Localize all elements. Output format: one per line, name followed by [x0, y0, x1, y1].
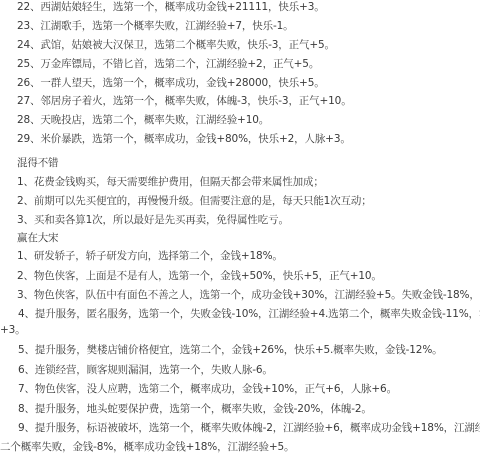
- list-item: 6、连锁经营，顾客规则漏洞，选第一个，失败人脉-6。: [18, 363, 273, 377]
- list-item: 2、前期可以先买便宜的，再慢慢升级。但需要注意的是，每天只能1次互动；: [17, 194, 372, 208]
- list-item: 8、提升服务，地头蛇要保护费，选第一个，概率失败，金钱-20%，体魄-2。: [18, 402, 372, 416]
- list-item-continuation: +3。: [0, 323, 26, 337]
- list-item: 26、一群人望天，选第一个，概率成功，金钱+28000，快乐+5。: [17, 76, 325, 90]
- section-heading: 赢在大宋: [17, 231, 58, 245]
- list-item: 27、邻居房子着火，选第一个，概率失败，体魄-3，快乐-3，正气+10。: [17, 94, 352, 108]
- list-item: 3、买和卖各算1次，所以最好是先买再卖，免得属性吃亏。: [17, 213, 289, 227]
- list-item: 25、万金库镖局，不错匕首，选第二个，江湖经验+2，正气+5。: [17, 57, 319, 71]
- list-item: 23、江湖歌手，选第一个概率失败，江湖经验+7，快乐-1。: [17, 19, 293, 33]
- list-item: 22、西湖姑娘轻生，选第一个，概率成功金钱+21111，快乐+3。: [17, 0, 325, 14]
- list-item: 24、武馆，姑娘被大汉保卫，选第二个概率失败，快乐-3，正气+5。: [17, 38, 335, 52]
- list-item: 29、米价暴跌，选第一个，概率成功，金钱+80%，快乐+2，人脉+3。: [17, 132, 351, 146]
- list-item: 5、提升服务，樊楼店铺价格便宜，选第二个，金钱+26%，快乐+5.概率失败，金钱…: [18, 343, 443, 357]
- list-item: 1、研发轿子，轿子研发方向，选择第二个，金钱+18%。: [17, 249, 283, 263]
- list-item-continuation: 二个概率失败，金钱-8%，概率成功金钱+18%，江湖经验+5。: [0, 440, 294, 454]
- section-heading: 混得不错: [17, 156, 58, 170]
- list-item: 7、物色侠客，没人应聘，选第二个，概率成功，金钱+10%，正气+6，人脉+6。: [18, 382, 397, 396]
- list-item: 28、天晚投店，选第二个，概率失败，江湖经验+10。: [17, 113, 269, 127]
- list-item: 1、花费金钱购买，每天需要维护费用，但隔天都会带来属性加成；: [17, 175, 324, 189]
- list-item: 3、物色侠客，队伍中有面色不善之人，选第一个，成功金钱+30%，江湖经验+5。失…: [17, 288, 480, 302]
- list-item: 2、物色侠客，上面是不是有人，选第一个，金钱+50%，快乐+5，正气+10。: [17, 269, 382, 283]
- list-item: 4、提升服务，匿名服务，选第一个，失败金钱-10%，江湖经验+4.选第二个，概率…: [18, 307, 480, 321]
- list-item: 9、提升服务，标语被破坏，选第一个，概率失败体魄-2，江湖经验+6，概率成功金钱…: [18, 421, 480, 435]
